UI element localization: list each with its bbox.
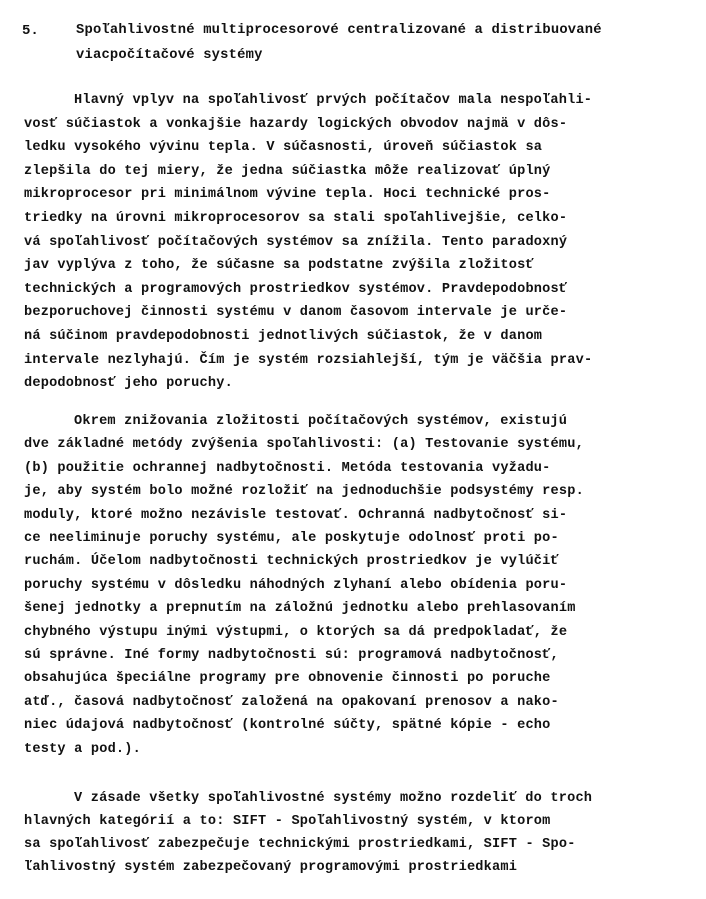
paragraph-2-line: je, aby systém bolo možné rozložiť na je… <box>24 483 584 501</box>
paragraph-2-line: ruchám. Účelom nadbytočnosti technických… <box>24 553 559 571</box>
paragraph-1-line: mikroprocesor pri minimálnom vývine tepl… <box>24 186 551 204</box>
paragraph-1-line: depodobnosť jeho poruchy. <box>24 375 233 393</box>
paragraph-3-line: V zásade všetky spoľahlivostné systémy m… <box>74 790 592 808</box>
paragraph-1-line: zlepšila do tej miery, že jedna súčiastk… <box>24 163 551 181</box>
paragraph-2-line: atď., časová nadbytočnosť založená na op… <box>24 694 559 712</box>
paragraph-2-line: Okrem znižovania zložitosti počítačových… <box>74 413 567 431</box>
paragraph-3-line: ľahlivostný systém zabezpečovaný program… <box>24 859 517 877</box>
paragraph-2-line: niec údajová nadbytočnosť (kontrolné súč… <box>24 717 551 735</box>
paragraph-2-line: moduly, ktoré možno nezávisle testovať. … <box>24 507 567 525</box>
paragraph-1-line: jav vyplýva z toho, že súčasne sa podsta… <box>24 257 534 275</box>
section-number: 5. <box>22 22 39 40</box>
section-title-line-2: viacpočítačové systémy <box>76 47 263 65</box>
paragraph-1-line: ná súčinom pravdepodobnosti jednotlivých… <box>24 328 542 346</box>
paragraph-2-line: chybného výstupu inými výstupmi, o ktorý… <box>24 624 567 642</box>
paragraph-2-line: ce neeliminuje poruchy systému, ale posk… <box>24 530 559 548</box>
paragraph-2-line: dve základné metódy zvýšenia spoľahlivos… <box>24 436 584 454</box>
paragraph-2-line: (b) použitie ochrannej nadbytočnosti. Me… <box>24 460 551 478</box>
paragraph-1-line: bezporuchovej činnosti systému v danom č… <box>24 304 567 322</box>
paragraph-2-line: testy a pod.). <box>24 741 141 759</box>
paragraph-1-line: vosť súčiastok a vonkajšie hazardy logic… <box>24 116 567 134</box>
paragraph-1-line: vá spoľahlivosť počítačových systémov sa… <box>24 234 567 252</box>
paragraph-1-line: Hlavný vplyv na spoľahlivosť prvých počí… <box>74 92 592 110</box>
paragraph-2-line: poruchy systému v dôsledku náhodných zly… <box>24 577 567 595</box>
paragraph-3-line: hlavných kategórií a to: SIFT - Spoľahli… <box>24 813 551 831</box>
paragraph-2-line: obsahujúca špeciálne programy pre obnove… <box>24 670 551 688</box>
paragraph-2-line: sú správne. Iné formy nadbytočnosti sú: … <box>24 647 559 665</box>
section-title-line-1: Spoľahlivostné multiprocesorové centrali… <box>76 22 602 40</box>
paragraph-1-line: intervale nezlyhajú. Čím je systém rozsi… <box>24 352 592 370</box>
document-page: 5. Spoľahlivostné multiprocesorové centr… <box>0 0 706 899</box>
paragraph-1-line: ledku vysokého vývinu tepla. V súčasnost… <box>24 139 542 157</box>
paragraph-1-line: technických a programových prostriedkov … <box>24 281 567 299</box>
paragraph-2-line: šenej jednotky a prepnutím na záložnú je… <box>24 600 576 618</box>
paragraph-1-line: triedky na úrovni mikroprocesorov sa sta… <box>24 210 567 228</box>
paragraph-3-line: sa spoľahlivosť zabezpečuje technickými … <box>24 836 576 854</box>
